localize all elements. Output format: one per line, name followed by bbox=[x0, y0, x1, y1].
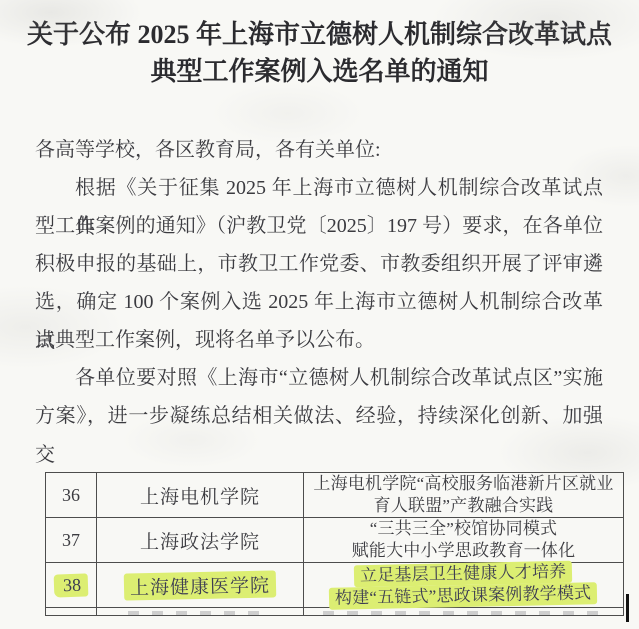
body-line: 选，确定 100 个案例入选 2025 年上海市立德树人机制综合改革试 bbox=[35, 283, 603, 321]
document-title: 关于公布 2025 年上海市立德树人机制综合改革试点 典型工作案例入选名单的通知 bbox=[0, 16, 639, 90]
document-title-line2: 典型工作案例入选名单的通知 bbox=[0, 53, 639, 90]
table-row-37-school: 上海政法学院 bbox=[97, 518, 304, 563]
table-row-37-case: “三共三全”校馆协同模式 赋能大中小学思政教育一体化 bbox=[304, 518, 624, 563]
selected-cases-table: 36 上海电机学院 上海电机学院“高校服务临港新片区就业 育人联盟”产教融合实践… bbox=[45, 472, 624, 616]
scanned-notice-page: 关于公布 2025 年上海市立德树人机制综合改革试点 典型工作案例入选名单的通知… bbox=[0, 0, 639, 629]
school-name: 上海政法学院 bbox=[140, 527, 260, 554]
table-row-38-number: 38 bbox=[46, 563, 97, 608]
school-name: 上海电机学院 bbox=[140, 482, 260, 509]
table-row-38-case: 立足基层卫生健康人才培养 构建“五链式”思政课案例教学模式 bbox=[304, 563, 624, 608]
clipped-text-artifact bbox=[128, 611, 272, 615]
case-number: 36 bbox=[62, 485, 80, 506]
body-line: 方案》，进一步凝练总结相关做法、经验，持续深化创新、加强交 bbox=[35, 397, 603, 435]
table-row-37-number: 37 bbox=[46, 518, 97, 563]
highlight-mark: 构建“五链式”思政课案例教学模式 bbox=[329, 582, 598, 610]
case-title-line: 上海电机学院“高校服务临港新片区就业 bbox=[313, 473, 613, 495]
table-row-partial-school bbox=[97, 608, 304, 616]
body-line: 根据《关于征集 2025 年上海市立德树人机制综合改革试点典 bbox=[35, 169, 603, 207]
body-line: 型工作案例的通知》（沪教卫党〔2025〕197 号）要求，在各单位 bbox=[35, 207, 603, 245]
document-body: 各高等学校，各区教育局，各有关单位: 根据《关于征集 2025 年上海市立德树人… bbox=[35, 131, 603, 435]
body-line: 积极申报的基础上，市教卫工作党委、市教委组织开展了评审遴 bbox=[35, 245, 603, 283]
table-row-partial-number bbox=[46, 608, 97, 616]
case-title-line: 赋能大中小学思政教育一体化 bbox=[352, 540, 576, 562]
table-row-36-school: 上海电机学院 bbox=[97, 473, 304, 518]
case-title-line: “三共三全”校馆协同模式 bbox=[370, 518, 558, 540]
salutation-line: 各高等学校，各区教育局，各有关单位: bbox=[35, 131, 603, 169]
body-line: 各单位要对照《上海市“立德树人机制综合改革试点区”实施 bbox=[35, 359, 603, 397]
table-row-36-number: 36 bbox=[46, 473, 97, 518]
highlight-mark: 38 bbox=[54, 573, 89, 597]
case-title-line: 育人联盟”产教融合实践 bbox=[374, 495, 554, 517]
document-title-line1: 关于公布 2025 年上海市立德树人机制综合改革试点 bbox=[0, 16, 639, 53]
body-line: 点典型工作案例，现将名单予以公布。 bbox=[35, 321, 603, 359]
highlight-mark: 上海健康医学院 bbox=[124, 570, 277, 600]
clipped-text-artifact bbox=[323, 611, 604, 615]
case-number: 37 bbox=[62, 530, 80, 551]
table-row-36-case: 上海电机学院“高校服务临港新片区就业 育人联盟”产教融合实践 bbox=[304, 473, 624, 518]
text-cursor-artifact bbox=[626, 594, 629, 622]
table-row-38-school: 上海健康医学院 bbox=[97, 563, 304, 608]
